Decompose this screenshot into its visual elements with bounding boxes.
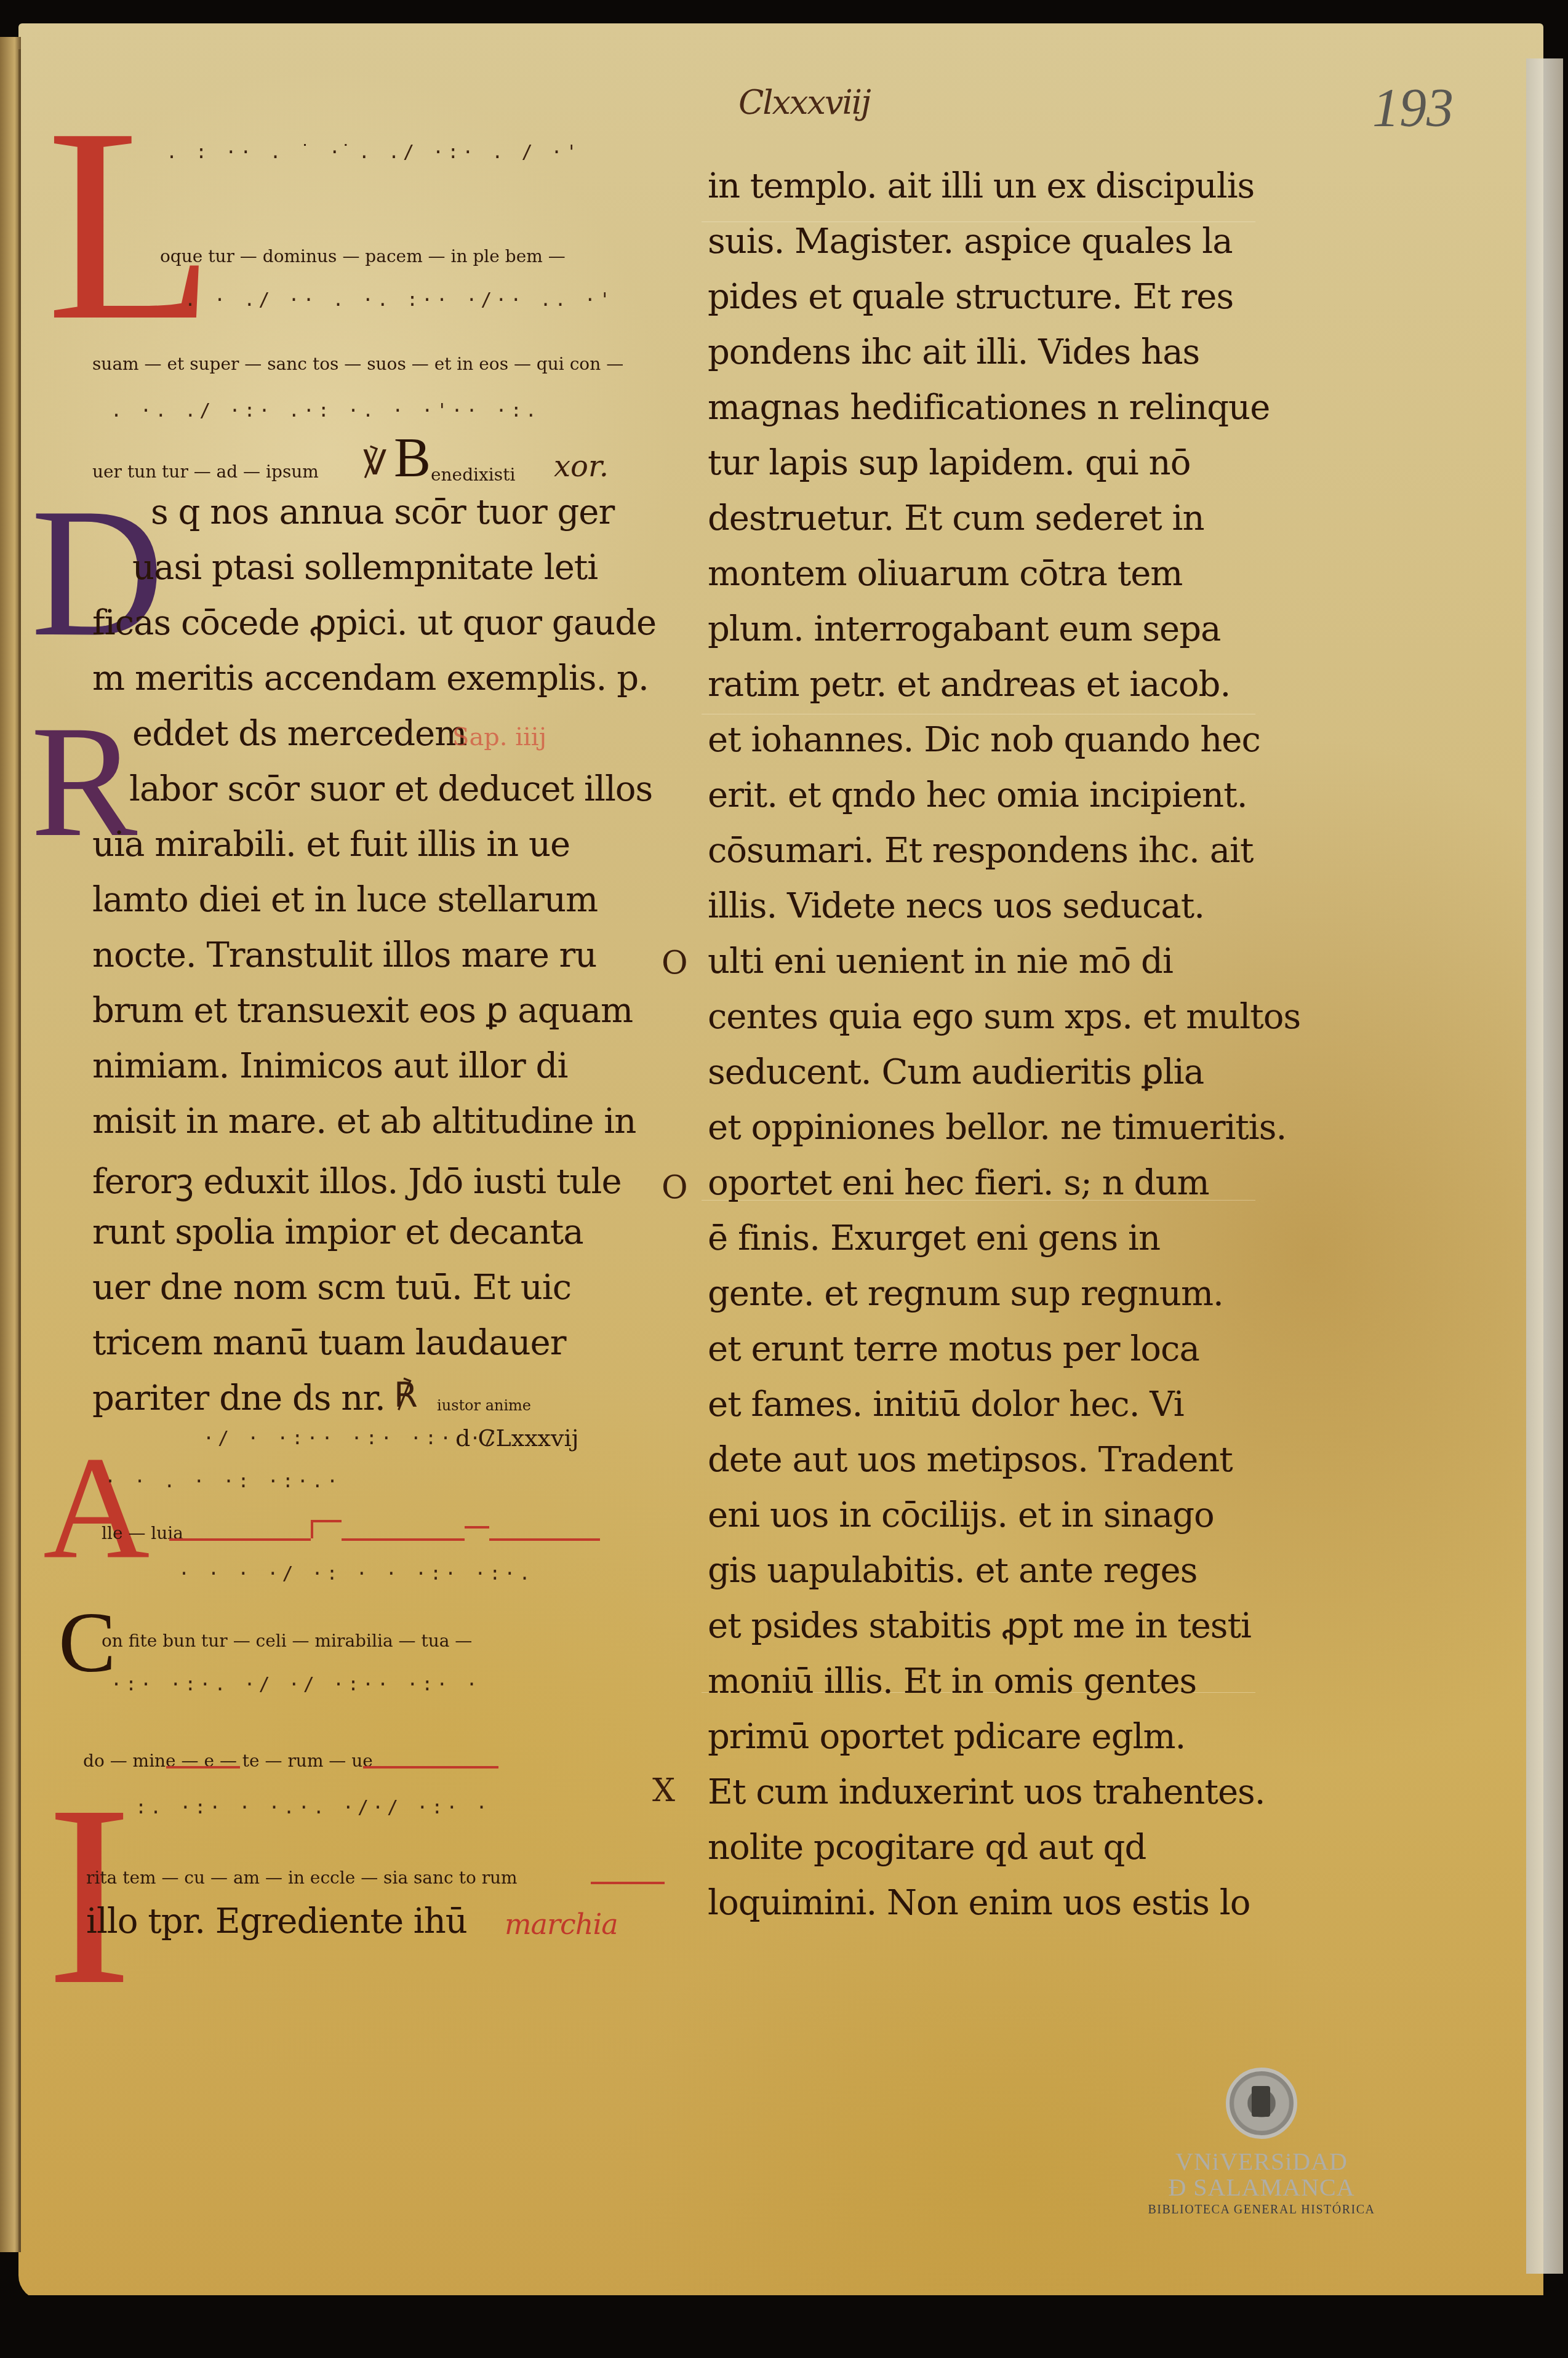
neume-row: · · . · ·: ·:·.·: [105, 1471, 342, 1492]
text-line: tricem manū tuam laudauer: [92, 1323, 566, 1363]
decorated-initial-A: A: [43, 1434, 150, 1581]
responsory-incipit: iustor anime: [437, 1397, 531, 1414]
text-line: oportet eni hec fieri. s; n dum: [708, 1163, 1209, 1203]
marginal-letter: X: [652, 1772, 675, 1809]
text-line: m meritis accendam exemplis. p.: [92, 658, 649, 698]
neume-row: · · · ·/ ·: · · ·:· ·:·.: [178, 1563, 534, 1585]
text-line: seducent. Cum audieritis ꝑlia: [708, 1052, 1204, 1092]
responsory-marker: ℟: [394, 1375, 417, 1415]
text-line: illis. Videte necs uos seducat.: [708, 886, 1204, 926]
gutter: [18, 49, 21, 2252]
chant-lyrics: oque tur — dominus — pacem — in ple bem …: [160, 246, 566, 266]
red-staff-line: [489, 1538, 600, 1541]
text-line: dete aut uos metipsos. Tradent: [708, 1440, 1233, 1480]
repair-tape-strip: [1526, 58, 1563, 2274]
text-line: nolite pcogitare qd aut qd: [708, 1828, 1146, 1868]
text-line: loquimini. Non enim uos estis lo: [708, 1883, 1250, 1923]
red-staff-line: [363, 1766, 498, 1768]
library-watermark: VNiVERSiDAD Ð SALAMANCA BIBLIOTECA GENER…: [1126, 2068, 1397, 2217]
text-line: ficas cōcede ꝓpici. ut quor gaude: [92, 603, 656, 643]
stamp-university: VNiVERSiDAD: [1126, 2149, 1397, 2175]
text-line: cōsumari. Et respondens ihc. ait: [708, 831, 1253, 871]
text-line: misit in mare. et ab altitudine in: [92, 1101, 636, 1141]
decorated-initial-I: I: [46, 1766, 132, 2024]
text-line: moniū illis. Et in omis gentes: [708, 1661, 1196, 1701]
text-line: et iohannes. Dic nob quando hec: [708, 720, 1260, 760]
text-line: plum. interrogabant eum sepa: [708, 609, 1220, 649]
text-line: Et cum induxerint uos trahentes.: [708, 1772, 1265, 1812]
text-line: illo tpr. Egrediente ihū: [86, 1901, 467, 1941]
stamp-city: Ð SALAMANCA: [1126, 2175, 1397, 2200]
decorated-initial-L: L: [46, 86, 215, 363]
text-line: et oppiniones bellor. ne timueritis.: [708, 1108, 1286, 1148]
text-line: runt spolia impior et decanta: [92, 1212, 583, 1252]
foliation-number: 193: [1372, 77, 1454, 139]
text-line: pides et quale structure. Et res: [708, 277, 1233, 317]
neume-row: . · ./ ·· . ·. :·· ·/·· .. ·': [185, 289, 614, 311]
text-line: magnas hedificationes n relinque: [708, 388, 1270, 428]
text-line: centes quia ego sum xps. et multos: [708, 997, 1300, 1037]
text-line: destruetur. Et cum sederet in: [708, 498, 1204, 538]
text-line: eddet ds mercedem: [132, 714, 466, 754]
text-line: et fames. initiū dolor hec. Vi: [708, 1385, 1184, 1425]
stamp-library: BIBLIOTECA GENERAL HISTÓRICA: [1126, 2203, 1397, 2217]
red-staff-line: [311, 1520, 342, 1522]
verse-initial-B: B: [394, 431, 431, 486]
text-line: erit. et qndo hec omia incipient.: [708, 775, 1247, 815]
preceding-leaf-edge: [0, 37, 21, 2252]
text-line: uasi ptasi sollempnitate leti: [132, 548, 598, 588]
text-line: nimiam. Inimicos aut illor di: [92, 1046, 567, 1086]
red-staff-line: [591, 1882, 665, 1884]
text-line: in templo. ait illi un ex discipulis: [708, 166, 1254, 206]
text-line: pondens ihc ait illi. Vides has: [708, 332, 1199, 372]
text-line: ē finis. Exurget eni gens in: [708, 1218, 1160, 1258]
neume-row: ·:· ·:·. ·/ ·/ ·:·· ·:· ·: [111, 1674, 481, 1695]
neume-row: :. ·:· · ·.·. ·/·/ ·:· ·: [135, 1797, 490, 1818]
text-line: et psides stabitis ꝓpt me in testi: [708, 1606, 1251, 1646]
running-head-folio-numeral: Clxxxviij: [738, 83, 870, 122]
text-line: eni uos in cōcilijs. et in sinago: [708, 1495, 1214, 1535]
marginal-letter: O: [662, 945, 688, 981]
text-line: gente. et regnum sup regnum.: [708, 1274, 1223, 1314]
text-line: uer dne nom scm tuū. Et uic: [92, 1268, 571, 1308]
text-line: s q nos annua scōr tuor ger: [151, 492, 614, 532]
rubric-marchia: marchia: [505, 1908, 618, 1941]
university-seal-icon: [1226, 2068, 1297, 2139]
red-staff-line: [169, 1538, 311, 1541]
text-line: primū oportet pdicare eglm.: [708, 1717, 1185, 1757]
rubric-sapientia: Sap. iiij: [452, 723, 546, 751]
red-staff-line: [465, 1526, 489, 1529]
verse-marker: ℣: [363, 443, 386, 483]
chant-lyrics: on fite bun tur — celi — mirabilia — tua…: [102, 1631, 472, 1651]
neume-row: ·/ · ·:·· ·:· ·:· ·/: [203, 1428, 499, 1449]
text-line: suis. Magister. aspice quales la: [708, 222, 1233, 262]
text-line: ferorꝫ eduxit illos. Jdō iusti tule: [92, 1157, 622, 1204]
text-line: ulti eni uenient in nie mō di: [708, 941, 1173, 981]
text-line: et erunt terre motus per loca: [708, 1329, 1199, 1369]
red-staff-step: [311, 1520, 313, 1538]
text-line: ratim petr. et andreas et iacob.: [708, 665, 1230, 705]
neume-row: . ·. ./ ·:· .·: ·. · ·'·· ·:.: [111, 400, 540, 422]
verse-incipit: enedixisti: [431, 465, 515, 485]
text-line: lamto diei et in luce stellarum: [92, 880, 598, 920]
red-staff-line: [166, 1766, 240, 1768]
background-bottom: [0, 2295, 1568, 2358]
text-line: labor scōr suor et deducet illos: [129, 769, 652, 809]
text-line: nocte. Transtulit illos mare ru: [92, 935, 596, 975]
chant-lyrics: suam — et super — sanc tos — suos — et i…: [92, 354, 623, 374]
text-line: uia mirabili. et fuit illis in ue: [92, 825, 570, 865]
rubric-xor: xor.: [554, 449, 609, 484]
text-line: tur lapis sup lapidem. qui nō: [708, 443, 1190, 483]
marginal-letter: O: [662, 1169, 688, 1206]
text-line: montem oliuarum cōtra tem: [708, 554, 1182, 594]
chant-lyrics: rita tem — cu — am — in eccle — sia sanc…: [86, 1868, 518, 1888]
red-staff-line: [342, 1538, 465, 1541]
neume-row: . : ·· . ˙ ·̇ . ./ ·:· . / ·': [166, 142, 581, 163]
text-line: pariter dne ds nr.: [92, 1378, 385, 1418]
text-line: gis uapulabitis. et ante reges: [708, 1551, 1197, 1591]
text-line: brum et transuexit eos ꝑ aquam: [92, 991, 633, 1031]
